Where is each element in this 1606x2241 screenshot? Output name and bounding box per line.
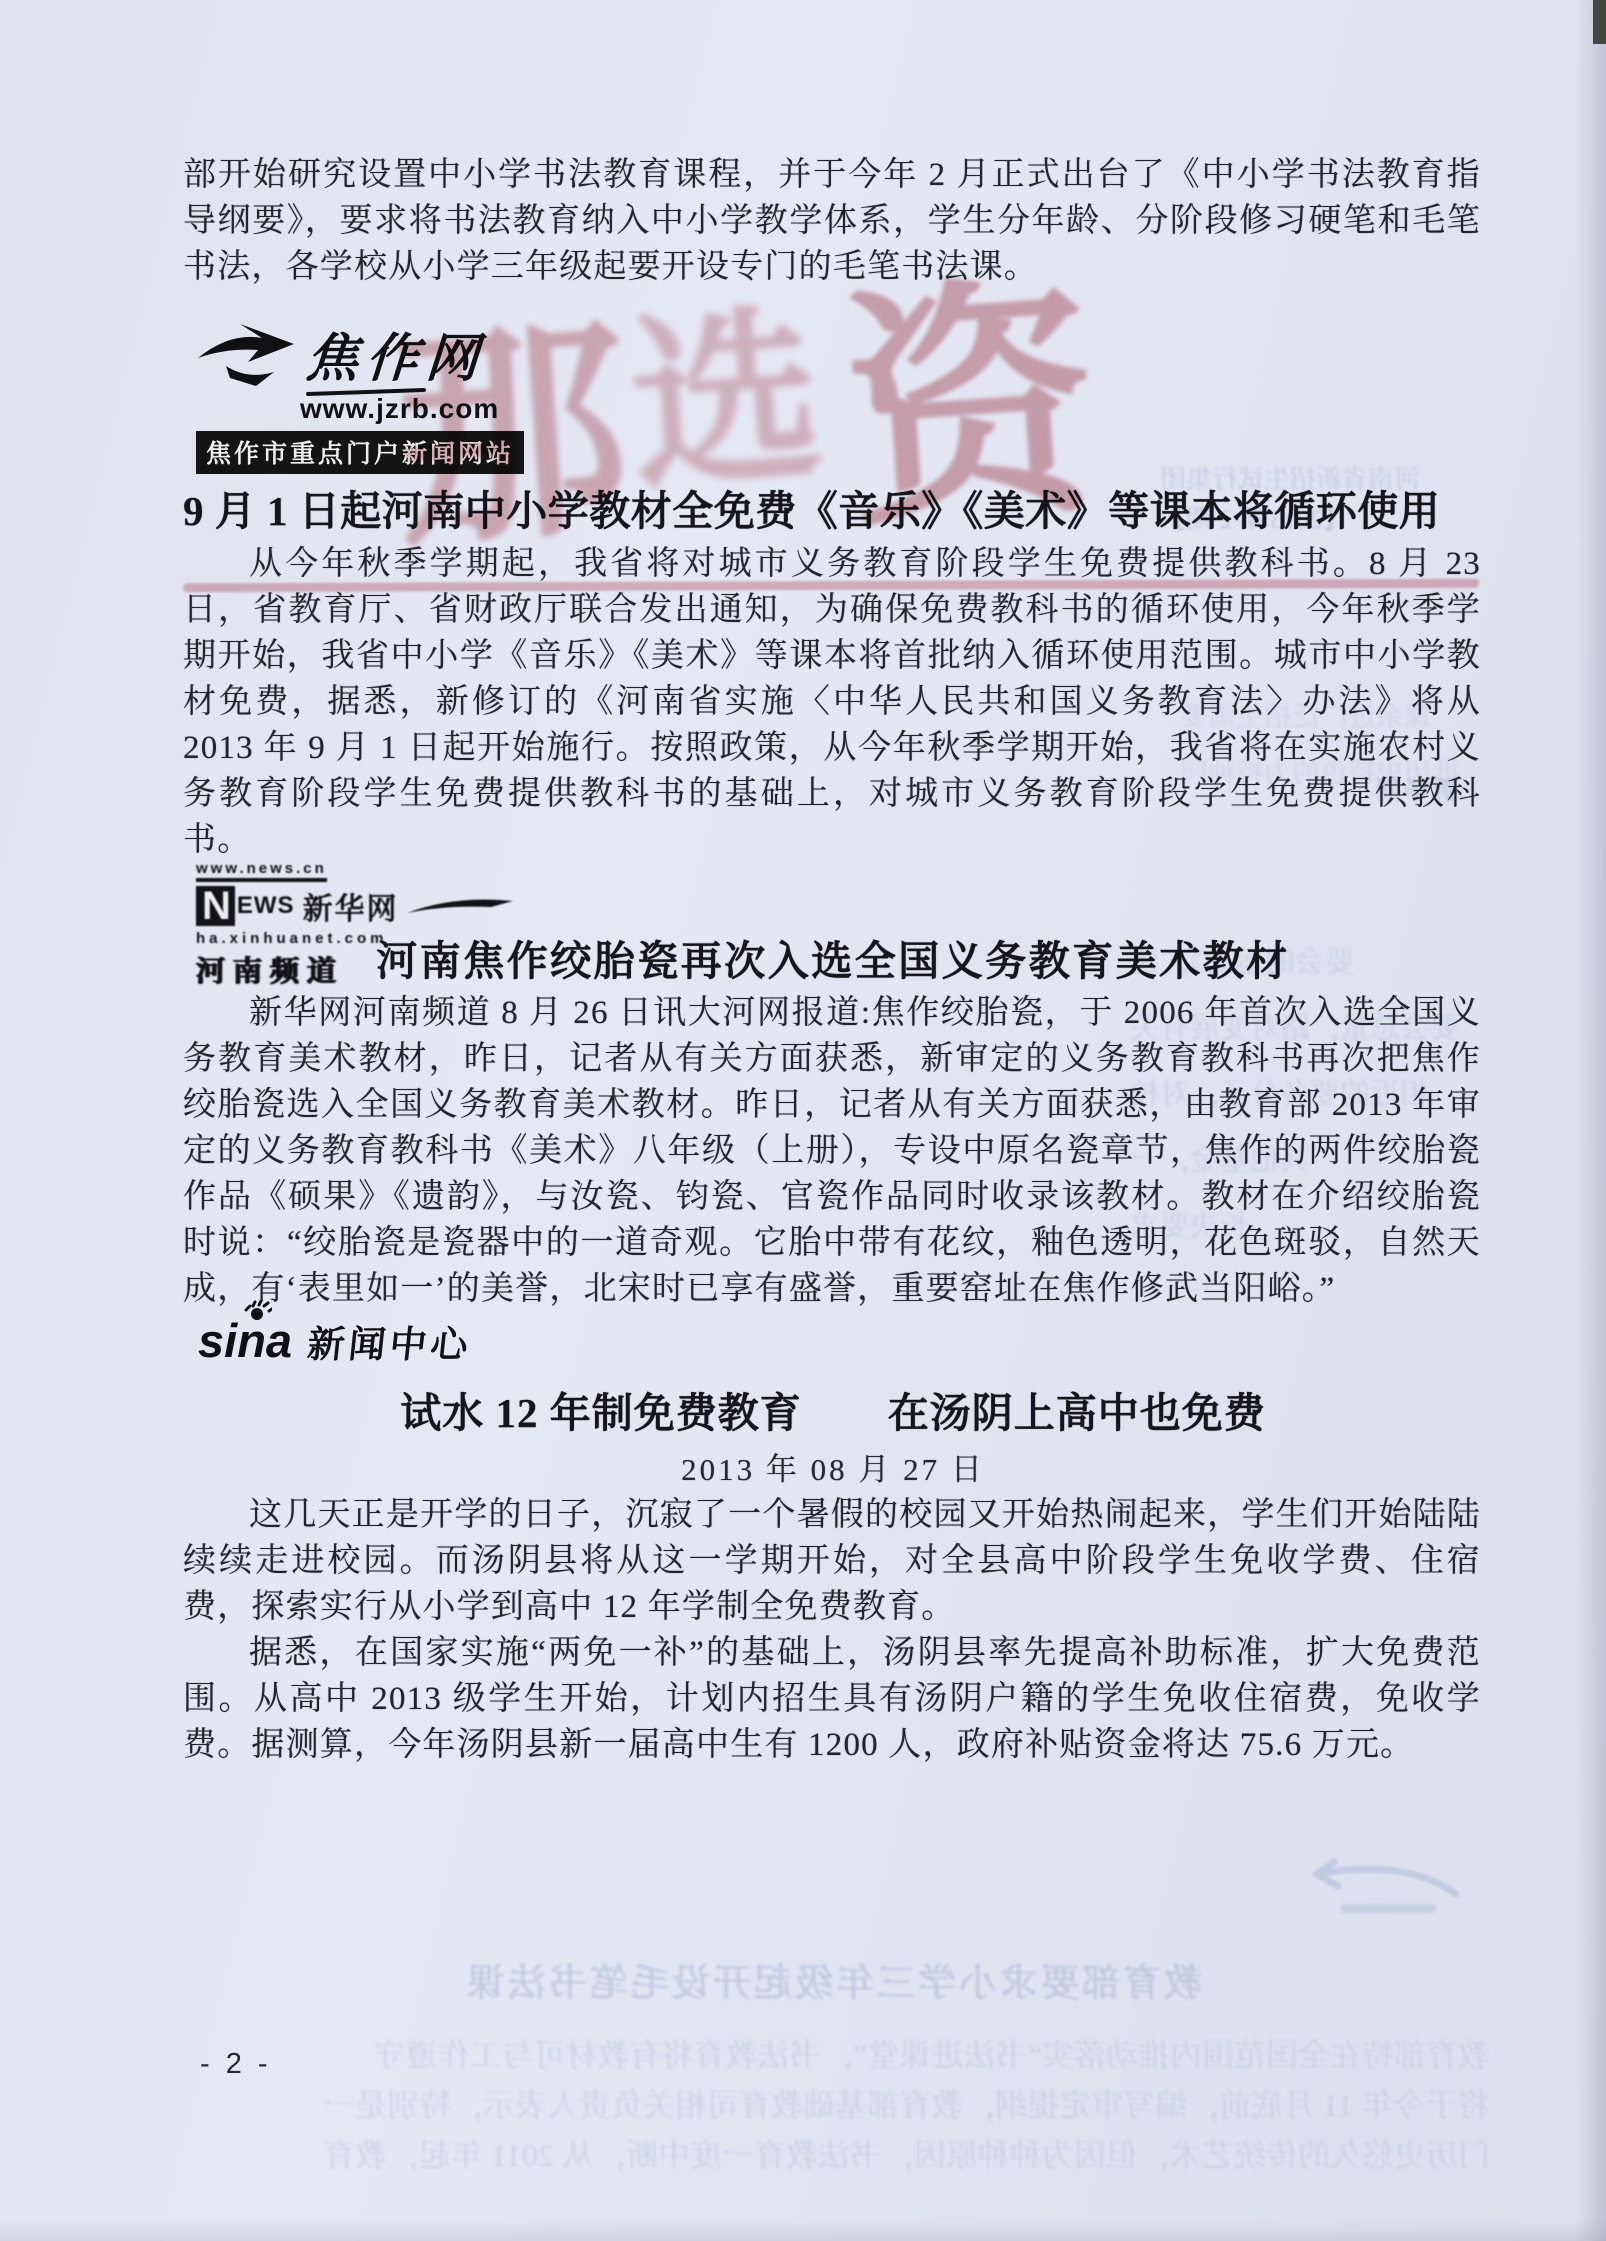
article3-headline: 试水 12 年制免费教育在汤阴上高中也免费: [183, 1380, 1483, 1439]
sina-eye-icon: [242, 1300, 272, 1324]
mirrored-logo-swoosh: [1296, 1856, 1466, 1931]
xinhuanet-site-top: www.news.cn: [196, 860, 327, 882]
article3-paragraph-1: 这几天正是开学的日子，沉寂了一个暑假的校园又开始热闹起来，学生们开始陆陆续续走进…: [183, 1492, 1481, 1630]
article3-date: 2013 年 08 月 27 日: [183, 1444, 1483, 1489]
article3-headline-left: 试水 12 年制免费教育: [400, 1390, 802, 1436]
page-number: - 2 -: [200, 2048, 272, 2081]
xinhuanet-n-glyph: N: [196, 886, 235, 926]
bleedthrough-line: 将于今年 11 月底前，编写审定提纲，教育部基础教育司相关负责人表示，特别是一: [180, 2080, 1490, 2130]
sina-logo-text: sina: [198, 1316, 292, 1366]
article2-headline: 河南焦作绞胎瓷再次入选全国义务教育美术教材: [183, 928, 1483, 987]
scan-bottom-shadow: [0, 2219, 1606, 2241]
scan-edge-shadow: [1576, 0, 1606, 2241]
article2-body: 新华网河南频道 8 月 26 日讯大河网报道:焦作绞胎瓷，于 2006 年首次入…: [183, 990, 1481, 1312]
sina-section-label: 新闻中心: [305, 1314, 475, 1368]
article1-headline: 9 月 1 日起河南中小学教材全免费《音乐》《美术》等课本将循环使用: [183, 478, 1483, 537]
sina-logo-block: sina 新闻中心: [198, 1314, 472, 1368]
bleedthrough-headline: 教育部要求小学三年级起开设毛笔书法课: [183, 1952, 1483, 2007]
jzrb-tagline-banner: 焦作市重点门户新闻网站: [196, 431, 524, 474]
xinhuanet-ews-glyph: EWS: [237, 892, 295, 920]
xinhuanet-brand-cn: 新华网: [303, 884, 399, 928]
bleedthrough-line: 门历史悠久的传统艺术，但因为种种原因，书法教育一度中断，从 2011 年起，教育: [180, 2130, 1490, 2180]
swoosh-line-icon: [405, 893, 515, 919]
swoosh-arc: [1296, 1856, 1466, 1926]
swoosh-arrow-icon: [196, 322, 300, 388]
jzrb-logo-text: 焦作网: [304, 332, 488, 388]
scan-corner-mark: [1593, 0, 1606, 44]
scanned-document-page: { "page": { "number": "- 2 -", "paper_co…: [0, 0, 1606, 2241]
jzrb-url: www.jzrb.com: [300, 394, 524, 424]
jzrb-logo-block: 焦作网 www.jzrb.com 焦作市重点门户新闻网站: [196, 322, 524, 474]
bleedthrough-line: 教育部特在全国范围内推动落实“书法进课堂”，书法教育将有教材可与工作遵守: [180, 2030, 1490, 2080]
article3-headline-right: 在汤阴上高中也免费: [888, 1390, 1266, 1436]
article3-paragraph-2: 据悉，在国家实施“两免一补”的基础上，汤阴县率先提高补助标准，扩大免费范围。从高…: [183, 1630, 1481, 1768]
intro-paragraph: 部开始研究设置中小学书法教育课程，并于今年 2 月正式出台了《中小学书法教育指导…: [183, 152, 1481, 290]
bleedthrough-paragraph: 教育部特在全国范围内推动落实“书法进课堂”，书法教育将有教材可与工作遵守 将于今…: [180, 2030, 1490, 2180]
